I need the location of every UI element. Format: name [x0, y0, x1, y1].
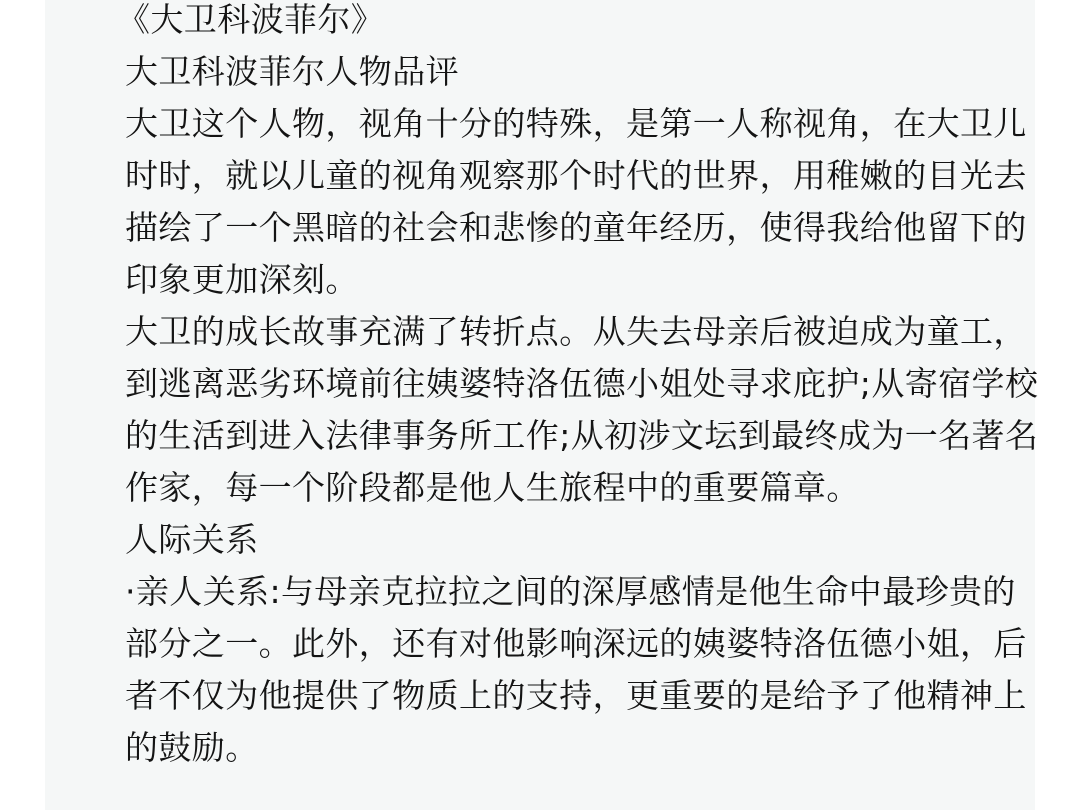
document-content: 《大卫科波菲尔》 大卫科波菲尔人物品评 大卫这个人物，视角十分的特殊，是第一人称…	[125, 0, 1045, 774]
bullet-family-relationship: ·亲人关系:与母亲克拉拉之间的深厚感情是他生命中最珍贵的部分之一。此外，还有对他…	[125, 566, 1045, 774]
book-title: 《大卫科波菲尔》	[117, 0, 1045, 46]
review-heading: 大卫科波菲尔人物品评	[125, 46, 1045, 98]
document-panel: 《大卫科波菲尔》 大卫科波菲尔人物品评 大卫这个人物，视角十分的特殊，是第一人称…	[45, 0, 1035, 810]
section-heading-relationships: 人际关系	[125, 514, 1045, 566]
paragraph-growth: 大卫的成长故事充满了转折点。从失去母亲后被迫成为童工，到逃离恶劣环境前往姨婆特洛…	[125, 306, 1045, 514]
paragraph-perspective: 大卫这个人物，视角十分的特殊，是第一人称视角，在大卫儿时时，就以儿童的视角观察那…	[125, 98, 1045, 306]
